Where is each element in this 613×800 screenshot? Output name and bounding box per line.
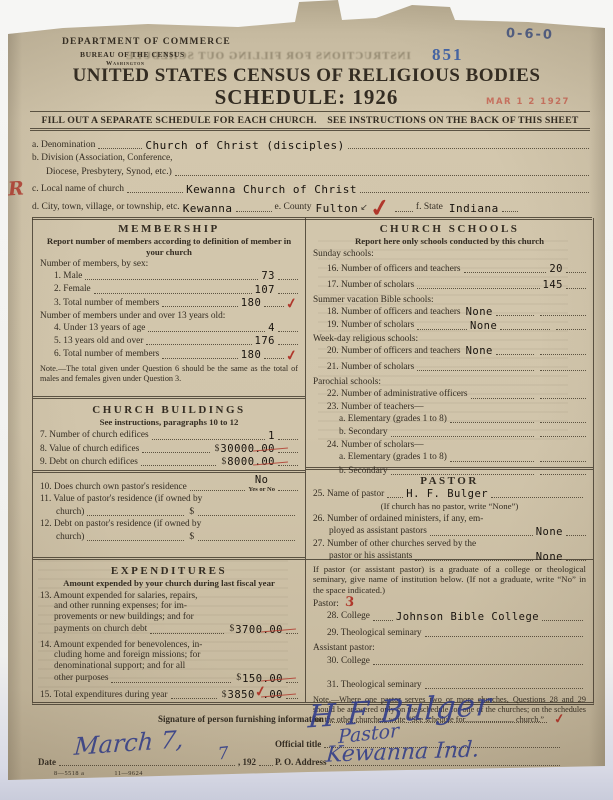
red-checkmark: ✓ bbox=[369, 202, 390, 215]
dotted-leader bbox=[286, 682, 298, 683]
q17-label: 17. Number of scholars bbox=[327, 279, 414, 291]
dotted-leader bbox=[540, 461, 586, 462]
q6-row: 6. Total number of members 180 ✓ bbox=[40, 348, 298, 360]
dotted-leader bbox=[127, 192, 183, 193]
section-subtitle: Report number of members according to de… bbox=[44, 236, 294, 257]
q9-label: 9. Debt on church edifices bbox=[40, 456, 138, 468]
q2-row: 2. Female 107 bbox=[40, 283, 298, 295]
field-c-value: Kewanna Church of Christ bbox=[186, 184, 357, 195]
dotted-leader bbox=[450, 422, 534, 423]
q13-label-line2: and other running expenses; for im- bbox=[54, 601, 298, 612]
form-body: MEMBERSHIP Report number of members acco… bbox=[32, 218, 594, 705]
q24a-label: a. Elementary (grades 1 to 8) bbox=[339, 451, 447, 463]
dotted-leader bbox=[425, 636, 583, 637]
dotted-leader bbox=[278, 490, 298, 491]
dotted-leader bbox=[264, 306, 284, 307]
dollar-sign: $ bbox=[229, 623, 234, 635]
dollar-sign: $ bbox=[222, 689, 227, 701]
q16-label: 16. Number of officers and teachers bbox=[327, 263, 461, 275]
dotted-leader bbox=[162, 306, 238, 307]
dotted-leader bbox=[500, 329, 550, 330]
q6-value: 180 bbox=[241, 350, 261, 361]
field-d-label: d. City, town, village, or township, etc… bbox=[32, 201, 180, 213]
dotted-leader bbox=[142, 452, 209, 453]
q20-value: None bbox=[466, 346, 493, 357]
dotted-leader bbox=[278, 465, 298, 466]
q11-row: church) $ bbox=[40, 506, 298, 518]
q12-row: church) $ bbox=[40, 531, 298, 543]
dotted-leader bbox=[259, 765, 273, 766]
instruction-banner: FILL OUT A SEPARATE SCHEDULE FOR EACH CH… bbox=[30, 111, 590, 131]
dotted-leader bbox=[395, 211, 413, 212]
field-e-value: Fulton bbox=[316, 203, 359, 214]
q28-value: Johnson Bible College bbox=[396, 612, 539, 623]
q11-label-line1: 11. Value of pastor's residence (if owne… bbox=[40, 494, 298, 505]
q20-label: 20. Number of officers and teachers bbox=[327, 345, 461, 357]
q31-label: 31. Theological seminary bbox=[327, 679, 422, 691]
field-b-label-line1: b. Division (Association, Conference, bbox=[32, 153, 592, 164]
dotted-leader bbox=[198, 515, 295, 516]
field-d-value: Kewanna bbox=[183, 203, 233, 214]
dotted-leader bbox=[430, 535, 533, 536]
dotted-leader bbox=[278, 452, 298, 453]
field-e-label: e. County bbox=[275, 201, 312, 213]
dotted-leader bbox=[148, 331, 265, 332]
q14-row: other purposes $ 150 .00 bbox=[40, 672, 298, 684]
q27-label-line1: 27. Number of other churches served by t… bbox=[313, 539, 586, 550]
q13-label-line3: provements or new buildings; and for bbox=[54, 612, 298, 623]
dotted-leader bbox=[190, 490, 246, 491]
q13-row: payments on church debt $ 3700 .00 bbox=[40, 623, 298, 635]
dotted-leader bbox=[286, 698, 298, 699]
q7-row: 7. Number of church edifices 1 bbox=[40, 429, 298, 441]
q1-row: 1. Male 73 bbox=[40, 270, 298, 282]
dotted-leader bbox=[360, 192, 589, 193]
official-title-label: Official title bbox=[275, 738, 321, 750]
group-label: Sunday schools: bbox=[313, 249, 586, 259]
q13-value: 3700 bbox=[235, 625, 262, 636]
pastor-section: PASTOR 25. Name of pastor H. F. Bulger (… bbox=[306, 470, 593, 560]
dotted-leader bbox=[540, 354, 586, 355]
q25-note: (If church has no pastor, write “None”) bbox=[317, 501, 582, 512]
q19-label: 19. Number of scholars bbox=[327, 319, 414, 331]
dotted-leader bbox=[450, 461, 534, 462]
dotted-leader bbox=[373, 664, 583, 665]
group-label: Summer vacation Bible schools: bbox=[313, 295, 586, 305]
q14-label-line4: other purposes bbox=[54, 672, 108, 684]
field-denomination: a. Denomination Church of Christ (discip… bbox=[32, 139, 592, 151]
dotted-leader bbox=[391, 436, 534, 437]
assistant-pastor-sublabel: Assistant pastor: bbox=[313, 643, 586, 654]
dotted-leader bbox=[417, 329, 467, 330]
q14-label-line3: denominational support; and for all bbox=[54, 661, 298, 672]
dotted-leader bbox=[542, 620, 583, 621]
dotted-leader bbox=[175, 175, 589, 176]
q10-value: No bbox=[255, 475, 269, 486]
membership-note: Note.—The total given under Question 6 s… bbox=[40, 364, 298, 384]
q2-value: 107 bbox=[255, 285, 275, 296]
q3-label: 3. Total number of members bbox=[54, 297, 159, 309]
q8-row: 8. Value of church edifices $ 30000 .00 bbox=[40, 443, 298, 455]
q18-label: 18. Number of officers and teachers bbox=[327, 306, 461, 318]
date-year-prefix: , 192 bbox=[238, 756, 256, 768]
handwritten-code: 0-6-0 bbox=[506, 26, 554, 43]
q1-value: 73 bbox=[261, 271, 275, 282]
dotted-leader bbox=[198, 540, 295, 541]
q18-value: None bbox=[466, 307, 493, 318]
q19-value: None bbox=[470, 321, 497, 332]
q24a-row: a. Elementary (grades 1 to 8) bbox=[313, 451, 586, 463]
q26-row: ployed as assistant pastors None bbox=[313, 525, 586, 537]
dotted-leader bbox=[87, 515, 184, 516]
dotted-leader bbox=[98, 148, 142, 149]
q29-row: 29. Theological seminary bbox=[313, 627, 586, 639]
q26-label-line2: ployed as assistant pastors bbox=[329, 525, 427, 537]
dollar-sign: $ bbox=[215, 443, 220, 455]
dotted-leader bbox=[171, 698, 217, 699]
dotted-leader bbox=[566, 272, 586, 273]
dotted-leader bbox=[556, 329, 586, 330]
dotted-leader bbox=[111, 682, 231, 683]
identification-fields: a. Denomination Church of Christ (discip… bbox=[32, 137, 592, 220]
q5-value: 176 bbox=[255, 336, 275, 347]
red-checkmark: ✓ bbox=[286, 352, 299, 362]
received-date-stamp: MAR 1 2 1927 bbox=[486, 97, 570, 107]
dotted-leader bbox=[141, 465, 217, 466]
q5-row: 5. 13 years old and over 176 bbox=[40, 335, 298, 347]
q13-label-line1: 13. Amount expended for salaries, repair… bbox=[40, 591, 298, 602]
q21-row: 21. Number of scholars bbox=[313, 361, 586, 373]
section-subtitle: Amount expended by your church during la… bbox=[44, 578, 294, 589]
dotted-leader bbox=[59, 765, 235, 766]
dotted-leader bbox=[566, 288, 586, 289]
q25-label: 25. Name of pastor bbox=[313, 488, 384, 500]
section-title: CHURCH BUILDINGS bbox=[40, 404, 298, 416]
section-title: PASTOR bbox=[313, 475, 586, 487]
q26-value: None bbox=[536, 527, 563, 538]
q15-label: 15. Total expenditures during year bbox=[40, 689, 168, 701]
graduate-note: If pastor (or assistant pastor) is a gra… bbox=[313, 564, 586, 595]
group-label: Week-day religious schools: bbox=[313, 334, 586, 344]
q30-row: 30. College bbox=[313, 655, 586, 667]
field-a-value: Church of Christ (disciples) bbox=[145, 140, 344, 151]
serial-number-stamp: 851 bbox=[432, 45, 464, 65]
right-column: CHURCH SCHOOLS Report here only schools … bbox=[306, 218, 593, 702]
q10-label: 10. Does church own pastor's residence bbox=[40, 481, 187, 493]
field-b-label-line2: Diocese, Presbytery, Synod, etc.) bbox=[46, 166, 172, 178]
q25-row: 25. Name of pastor H. F. Bulger bbox=[313, 488, 586, 500]
date-label: Date bbox=[38, 756, 56, 768]
dotted-leader bbox=[348, 148, 589, 149]
q13-cents-struck: .00 bbox=[263, 625, 283, 636]
agency-name: DEPARTMENT OF COMMERCE bbox=[62, 37, 231, 47]
field-f-label: f. State bbox=[416, 201, 443, 213]
dotted-leader bbox=[87, 540, 184, 541]
dotted-leader bbox=[236, 211, 272, 212]
membership-section: MEMBERSHIP Report number of members acco… bbox=[33, 218, 305, 399]
dotted-leader bbox=[264, 358, 284, 359]
q4-label: 4. Under 13 years of age bbox=[54, 322, 145, 334]
dotted-leader bbox=[540, 370, 586, 371]
expenditures-section: EXPENDITURES Amount expended by your chu… bbox=[33, 560, 305, 702]
q6-label: 6. Total number of members bbox=[54, 348, 159, 360]
q14-label-line1: 14. Amount expended for benevolences, in… bbox=[40, 640, 298, 651]
dotted-leader bbox=[152, 439, 265, 440]
dotted-leader bbox=[540, 398, 586, 399]
q14-cents-struck: .00 bbox=[263, 674, 283, 685]
q10-hint: Yes or No bbox=[248, 486, 275, 493]
form-numbers: 8—5518 a11—9624 bbox=[54, 770, 173, 777]
field-a-label: a. Denomination bbox=[32, 139, 95, 151]
dotted-leader bbox=[540, 315, 586, 316]
left-column: MEMBERSHIP Report number of members acco… bbox=[33, 218, 306, 702]
dotted-leader bbox=[387, 497, 403, 498]
handwritten-year-digit: 7 bbox=[217, 743, 230, 764]
field-local-name: c. Local name of church Kewanna Church o… bbox=[32, 183, 592, 195]
q12-label-line2: church) bbox=[56, 531, 84, 543]
dotted-leader bbox=[491, 497, 583, 498]
dotted-leader bbox=[540, 436, 586, 437]
field-c-label: c. Local name of church bbox=[32, 183, 124, 195]
q4-row: 4. Under 13 years of age 4 bbox=[40, 322, 298, 334]
q17-row: 17. Number of scholars 145 bbox=[313, 279, 586, 291]
dotted-leader bbox=[464, 272, 547, 273]
pen-caret-mark: ↙ bbox=[360, 201, 368, 213]
dollar-sign: $ bbox=[236, 672, 241, 684]
q8-cents-struck: .00 bbox=[255, 444, 275, 455]
dotted-leader bbox=[502, 211, 518, 212]
dotted-leader bbox=[146, 344, 251, 345]
church-buildings-section: CHURCH BUILDINGS See instructions, parag… bbox=[33, 399, 305, 560]
q7-value: 1 bbox=[268, 431, 275, 442]
pastor-sublabel: Pastor:3 bbox=[313, 598, 586, 610]
q10-row: 10. Does church own pastor's residence N… bbox=[40, 475, 298, 493]
q9-value: 8000 bbox=[227, 457, 254, 468]
q23b-row: b. Secondary bbox=[313, 426, 586, 438]
red-checkmark: ✓ bbox=[286, 300, 299, 310]
section-title: CHURCH SCHOOLS bbox=[313, 223, 586, 235]
dotted-leader bbox=[94, 293, 252, 294]
q14-value: 150 bbox=[242, 674, 262, 685]
church-schools-section: CHURCH SCHOOLS Report here only schools … bbox=[306, 218, 593, 470]
q9-cents-struck: .00 bbox=[255, 457, 275, 468]
field-f-value: Indiana bbox=[449, 203, 499, 214]
dotted-leader bbox=[417, 288, 539, 289]
q3-value: 180 bbox=[241, 298, 261, 309]
q28-label: 28. College bbox=[327, 610, 370, 622]
q16-value: 20 bbox=[549, 264, 563, 275]
q10-answer: No Yes or No bbox=[248, 475, 275, 493]
dotted-leader bbox=[496, 354, 534, 355]
dotted-leader bbox=[278, 331, 298, 332]
q21-label: 21. Number of scholars bbox=[327, 361, 414, 373]
group-label: Number of members, by sex: bbox=[40, 259, 298, 269]
dotted-leader bbox=[150, 633, 224, 634]
dotted-leader bbox=[278, 344, 298, 345]
dotted-leader bbox=[496, 315, 534, 316]
double-rule bbox=[33, 470, 305, 473]
margin-annotation: R bbox=[7, 177, 24, 200]
q11-label-line2: church) bbox=[56, 506, 84, 518]
dotted-leader bbox=[278, 439, 298, 440]
q25-value: H. F. Bulger bbox=[406, 489, 488, 500]
q22-label: 22. Number of administrative officers bbox=[327, 388, 468, 400]
q30-label: 30. College bbox=[327, 655, 370, 667]
q23a-row: a. Elementary (grades 1 to 8) bbox=[313, 413, 586, 425]
pastor-sublabel-text: Pastor: bbox=[313, 599, 339, 609]
dotted-leader bbox=[162, 358, 238, 359]
q19-row: 19. Number of scholars None bbox=[313, 319, 586, 331]
q22-row: 22. Number of administrative officers bbox=[313, 388, 586, 400]
dotted-leader bbox=[471, 398, 534, 399]
signature-label: Signature of person furnishing informati… bbox=[158, 713, 324, 725]
red-pen-numeral: 3 bbox=[344, 598, 354, 609]
q17-value: 145 bbox=[543, 280, 563, 291]
q3-row: 3. Total number of members 180 ✓ bbox=[40, 297, 298, 309]
form-number-right: 11—9624 bbox=[114, 770, 142, 777]
q12-label-line1: 12. Debt on pastor's residence (if owned… bbox=[40, 519, 298, 530]
dotted-leader bbox=[85, 279, 258, 280]
red-checkmark: ✓ bbox=[553, 712, 566, 726]
dollar-sign: $ bbox=[221, 456, 226, 468]
q28-row: 28. College Johnson Bible College bbox=[313, 610, 586, 622]
form-title: UNITED STATES CENSUS OF RELIGIOUS BODIES bbox=[8, 65, 605, 87]
q24-label: 24. Number of scholars— bbox=[327, 440, 586, 451]
section-subtitle: Report here only schools conducted by th… bbox=[317, 236, 582, 247]
q8-value: 30000 bbox=[220, 444, 254, 455]
q15-value: 3850 bbox=[228, 690, 255, 701]
dotted-leader bbox=[566, 535, 586, 536]
form-number-left: 8—5518 a bbox=[54, 770, 84, 777]
q16-row: 16. Number of officers and teachers 20 bbox=[313, 263, 586, 275]
section-subtitle: See instructions, paragraphs 10 to 12 bbox=[44, 417, 294, 428]
q15-row: 15. Total expenditures during year $ 385… bbox=[40, 689, 298, 701]
bureau-name: BUREAU OF THE CENSUS bbox=[80, 50, 185, 59]
field-location: d. City, town, village, or township, etc… bbox=[32, 201, 592, 213]
dollar-sign: $ bbox=[189, 531, 194, 543]
q23a-label: a. Elementary (grades 1 to 8) bbox=[339, 413, 447, 425]
dotted-leader bbox=[540, 422, 586, 423]
dotted-leader bbox=[278, 293, 298, 294]
q1-label: 1. Male bbox=[54, 270, 82, 282]
po-address-label: P. O. Address bbox=[275, 756, 327, 768]
q14-label-line2: cluding home and foreign missions; for bbox=[54, 650, 298, 661]
section-title: MEMBERSHIP bbox=[40, 223, 298, 235]
q29-label: 29. Theological seminary bbox=[327, 627, 422, 639]
dotted-leader bbox=[278, 279, 298, 280]
group-label: Number of members under and over 13 year… bbox=[40, 311, 298, 321]
q4-value: 4 bbox=[268, 323, 275, 334]
q20-row: 20. Number of officers and teachers None bbox=[313, 345, 586, 357]
q18-row: 18. Number of officers and teachers None bbox=[313, 306, 586, 318]
group-label: Parochial schools: bbox=[313, 377, 586, 387]
q8-label: 8. Value of church edifices bbox=[40, 443, 139, 455]
section-title: EXPENDITURES bbox=[40, 565, 298, 577]
q15-cents-struck: .00 bbox=[263, 690, 283, 701]
dotted-leader bbox=[286, 633, 298, 634]
q7-label: 7. Number of church edifices bbox=[40, 429, 149, 441]
dotted-leader bbox=[373, 620, 393, 621]
dotted-leader bbox=[417, 370, 534, 371]
q23-label: 23. Number of teachers— bbox=[327, 402, 586, 413]
q23b-label: b. Secondary bbox=[339, 426, 388, 438]
q13-label-line4: payments on church debt bbox=[54, 623, 147, 635]
field-division: Diocese, Presbytery, Synod, etc.) bbox=[32, 166, 592, 178]
dollar-sign: $ bbox=[189, 506, 194, 518]
q2-label: 2. Female bbox=[54, 283, 91, 295]
q9-row: 9. Debt on church edifices $ 8000 .00 bbox=[40, 456, 298, 468]
q26-label-line1: 26. Number of ordained ministers, if any… bbox=[313, 514, 586, 525]
q5-label: 5. 13 years old and over bbox=[54, 335, 143, 347]
census-schedule-form: INSTRUCTIONS FOR FILLING OUT SCHEDULE DE… bbox=[8, 0, 605, 784]
